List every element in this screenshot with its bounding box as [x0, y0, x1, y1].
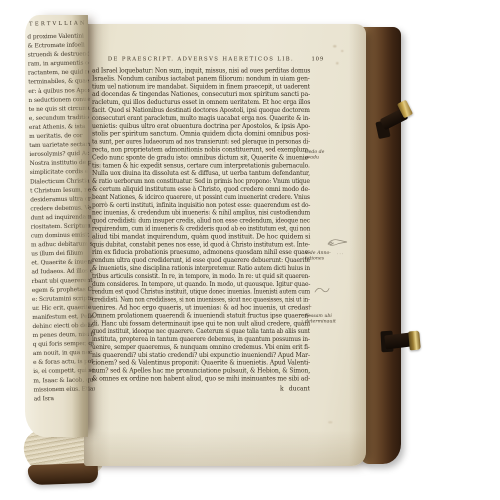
catchword: ducant	[92, 385, 310, 392]
text-line: dum consideres. In tempore, ut quando. I…	[92, 280, 310, 288]
bottom-left-board-edge	[28, 463, 99, 485]
text-line: & omnes ex ordine non habent aliud, quo …	[92, 375, 310, 383]
text-line: quod credidisti: dum insuper credis, ali…	[92, 217, 310, 225]
body-text-column: ad Israel loquebatur: Non sum, inquit, m…	[92, 67, 310, 383]
text-line: stolis per spiritum sanctum. Omnia quide…	[92, 130, 310, 138]
leather-board-edge	[361, 27, 401, 464]
text-line: missionem eius. Etiam	[33, 384, 94, 394]
verso-running-header: TERTVLLIANI	[29, 20, 88, 27]
running-header: DE PRAESCRIPT. ADVERSVS HAERETICOS LIB.	[92, 56, 310, 62]
text-line: uenire, semper quaeremus, & nunquam omni…	[92, 343, 310, 351]
verso-page-text: TERTVLLIANI d proxime Valentini& Ectroma…	[27, 14, 95, 429]
margin-note-fossam: Fossam ubi determinauit	[305, 313, 349, 324]
text-line: porrò & certi instituti, infinita inquis…	[92, 201, 310, 209]
text-line: & inuenietis, sine disciplina rationis i…	[92, 264, 310, 272]
foxing-spot	[341, 50, 344, 52]
foxing-spot	[336, 62, 339, 65]
text-line: nis quaerendi? ubi statio credendi? ubi …	[92, 351, 310, 359]
text-line: aliud tibi mandat inquirendum, quàm quod…	[92, 233, 310, 241]
text-line: tribus articulis consistit. In re, in te…	[92, 272, 310, 280]
text-line: ta sunt, per aures Iudaeorum ad nos tran…	[92, 138, 310, 146]
recto-page: DE PRAESCRIPT. ADVERSVS HAERETICOS LIB. …	[84, 24, 366, 466]
text-line: recta, non proprietatem admonitionis nob…	[92, 146, 310, 154]
text-line: uenires. Ad hoc ergo quaeris, ut inuenia…	[92, 304, 310, 312]
text-line: tis: tamen & hic expedit sensus, certare…	[92, 162, 310, 170]
text-line: facit. Quod si Nationibus destinati doct…	[92, 106, 310, 114]
text-line: cionem? sed & Valentinus proponit: Quaer…	[92, 359, 310, 367]
text-line: quis dubitat, constabit penes nos esse, …	[92, 241, 310, 249]
photo-stage: DE PRAESCRIPT. ADVERSVS HAERETICOS LIB. …	[0, 0, 500, 500]
text-line: & certum aliquid institutum esse à Chris…	[92, 185, 310, 193]
text-line: ad Isra	[34, 393, 95, 403]
margin-note-cedo: Cedo de gradu	[305, 149, 349, 160]
text-line: quod instituit, ideoque nec quaerere. Ca…	[92, 328, 310, 336]
text-line: rendum est quod Christus instituit, utiq…	[92, 288, 310, 296]
text-line: tium uel nationum ire mandabat. Siquidem…	[92, 83, 310, 91]
text-line: credidisti. Nam non credidisses, si non …	[92, 296, 310, 304]
text-line: requirendum, cum id inueneris & credider…	[92, 225, 310, 233]
plus-mark: +	[307, 303, 312, 310]
text-line: Omnem prolationem quaerendi & inueniendi…	[92, 312, 310, 320]
book-photo: DE PRAESCRIPT. ADVERSVS HAERETICOS LIB. …	[0, 0, 500, 500]
text-line: Cedo nunc sponte de gradu isto: omnibus …	[92, 154, 310, 162]
text-line: & ratio uerborum non constituatur. Sed i…	[92, 178, 310, 186]
pencil-squiggle-icon	[314, 286, 330, 295]
manicule-sketch-icon	[326, 236, 350, 250]
text-line: uenietis: quibus ultro erat obuentura do…	[92, 122, 310, 130]
text-line: di. Hanc ubi fossam determinauit ipse qu…	[92, 320, 310, 328]
foxing-spot	[328, 421, 333, 424]
pencil-dots: ···	[337, 252, 344, 257]
text-line: num? sed & Apelles hac me pronunciatione…	[92, 367, 310, 375]
text-line: Israelis. Nondum canibus iactabat panem …	[92, 75, 310, 83]
text-line: racletum, qui illos deducturus esset in …	[92, 99, 310, 107]
verso-line-fragments: d proxime Valentini& Ectromate infoelist…	[27, 31, 94, 403]
text-line: nec inuenias, & credendum ubi inueneris:…	[92, 209, 310, 217]
text-line: ad docendas & tingendas Nationes, consec…	[92, 91, 310, 99]
text-line: rim ex fiducia probationis praesumo, adm…	[92, 249, 310, 257]
text-line: consecuturi erant paracletum, multo magi…	[92, 114, 310, 122]
lower-clasp-brass-tip	[408, 331, 421, 351]
foxing-spot	[333, 45, 337, 48]
text-line: instituta, propterea in tantum quaerere …	[92, 336, 310, 344]
text-line: ad Israel loquebatur: Non sum, inquit, m…	[92, 67, 310, 75]
text-line: Nulla uox diuina ita dissoluta est & dif…	[92, 170, 310, 178]
text-line: beant Nationes, & idcirco quaerere, ut p…	[92, 193, 310, 201]
page-number: 109	[298, 56, 324, 62]
verso-page-curl: TERTVLLIANI d proxime Valentini& Ectroma…	[25, 15, 88, 437]
text-line: rendum ultra quod crediderunt, id esse q…	[92, 257, 310, 265]
